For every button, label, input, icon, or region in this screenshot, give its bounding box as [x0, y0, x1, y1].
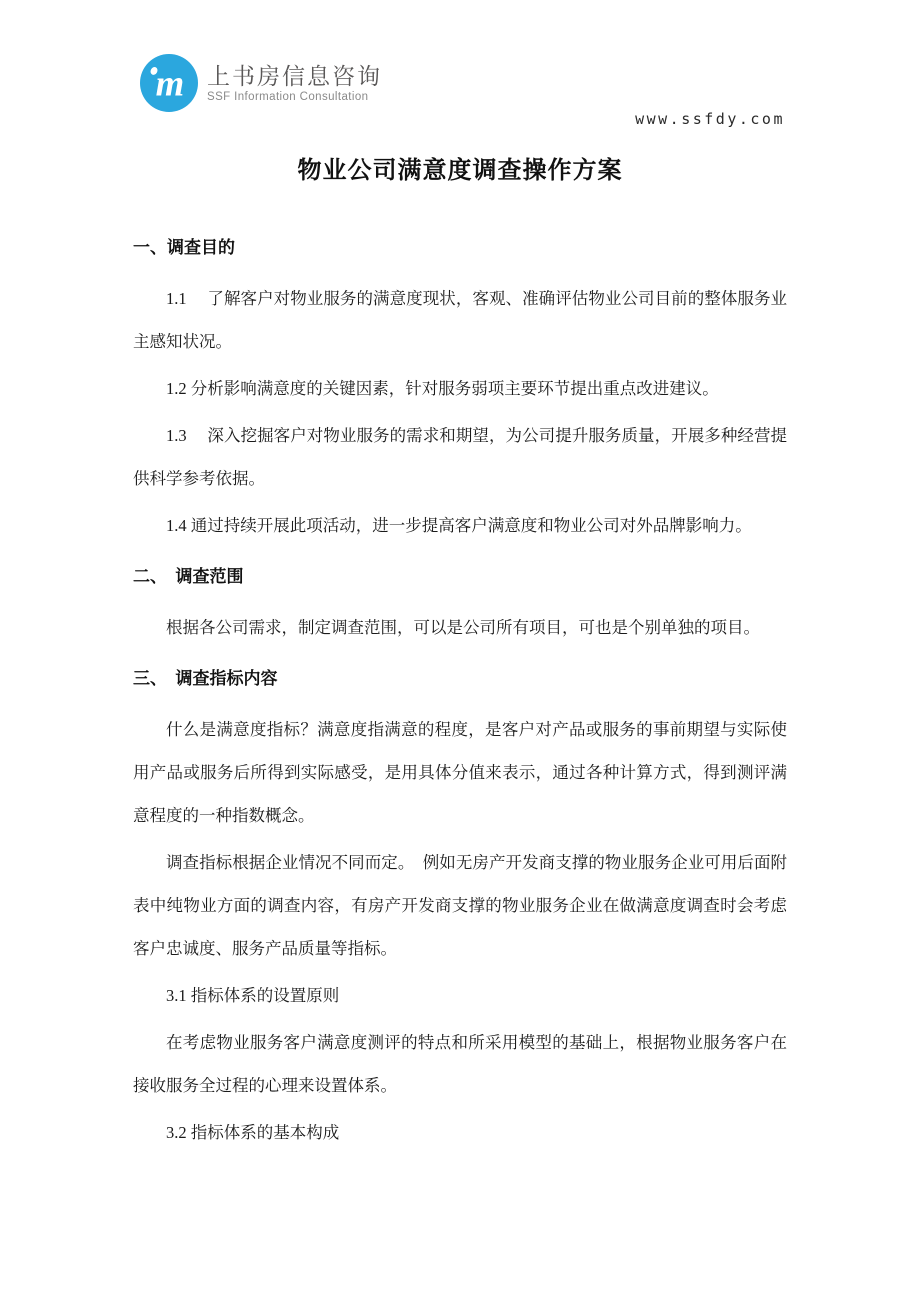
- section-survey-indicators: 三、 调查指标内容 什么是满意度指标？满意度指满意的程度，是客户对产品或服务的事…: [133, 657, 787, 1154]
- section-heading: 三、 调查指标内容: [133, 657, 787, 700]
- paragraph: 1.1 了解客户对物业服务的满意度现状，客观、准确评估物业公司目前的整体服务业主…: [133, 277, 787, 363]
- paragraph: 3.1 指标体系的设置原则: [133, 974, 787, 1017]
- section-survey-scope: 二、 调查范围 根据各公司需求，制定调查范围，可以是公司所有项目，可也是个别单独…: [133, 555, 787, 649]
- paragraph: 3.2 指标体系的基本构成: [133, 1111, 787, 1154]
- company-logo: m 上书房信息咨询 SSF Information Consultation: [140, 54, 382, 112]
- section-survey-purpose: 一、调查目的 1.1 了解客户对物业服务的满意度现状，客观、准确评估物业公司目前…: [133, 226, 787, 547]
- paragraph: 调查指标根据企业情况不同而定。 例如无房产开发商支撑的物业服务企业可用后面附表中…: [133, 841, 787, 970]
- paragraph: 1.2 分析影响满意度的关键因素，针对服务弱项主要环节提出重点改进建议。: [133, 367, 787, 410]
- logo-text-block: 上书房信息咨询 SSF Information Consultation: [207, 62, 382, 105]
- section-heading: 一、调查目的: [133, 226, 787, 269]
- paragraph: 1.3 深入挖掘客户对物业服务的需求和期望，为公司提升服务质量，开展多种经营提供…: [133, 414, 787, 500]
- website-url: www.ssfdy.com: [635, 110, 785, 128]
- section-heading: 二、 调查范围: [133, 555, 787, 598]
- page-header: m 上书房信息咨询 SSF Information Consultation w…: [0, 0, 920, 218]
- document-body: 一、调查目的 1.1 了解客户对物业服务的满意度现状，客观、准确评估物业公司目前…: [133, 218, 787, 1158]
- paragraph: 什么是满意度指标？满意度指满意的程度，是客户对产品或服务的事前期望与实际使用产品…: [133, 708, 787, 837]
- paragraph: 在考虑物业服务客户满意度测评的特点和所采用模型的基础上，根据物业服务客户在接收服…: [133, 1021, 787, 1107]
- company-name-cn: 上书房信息咨询: [207, 62, 382, 90]
- document-page: m 上书房信息咨询 SSF Information Consultation w…: [0, 0, 920, 1302]
- paragraph: 根据各公司需求，制定调查范围，可以是公司所有项目，可也是个别单独的项目。: [133, 606, 787, 649]
- logo-monogram-icon: m: [140, 54, 198, 112]
- company-name-en: SSF Information Consultation: [207, 90, 382, 105]
- svg-text:m: m: [156, 63, 185, 104]
- document-title: 物业公司满意度调查操作方案: [0, 150, 920, 185]
- paragraph: 1.4 通过持续开展此项活动，进一步提高客户满意度和物业公司对外品牌影响力。: [133, 504, 787, 547]
